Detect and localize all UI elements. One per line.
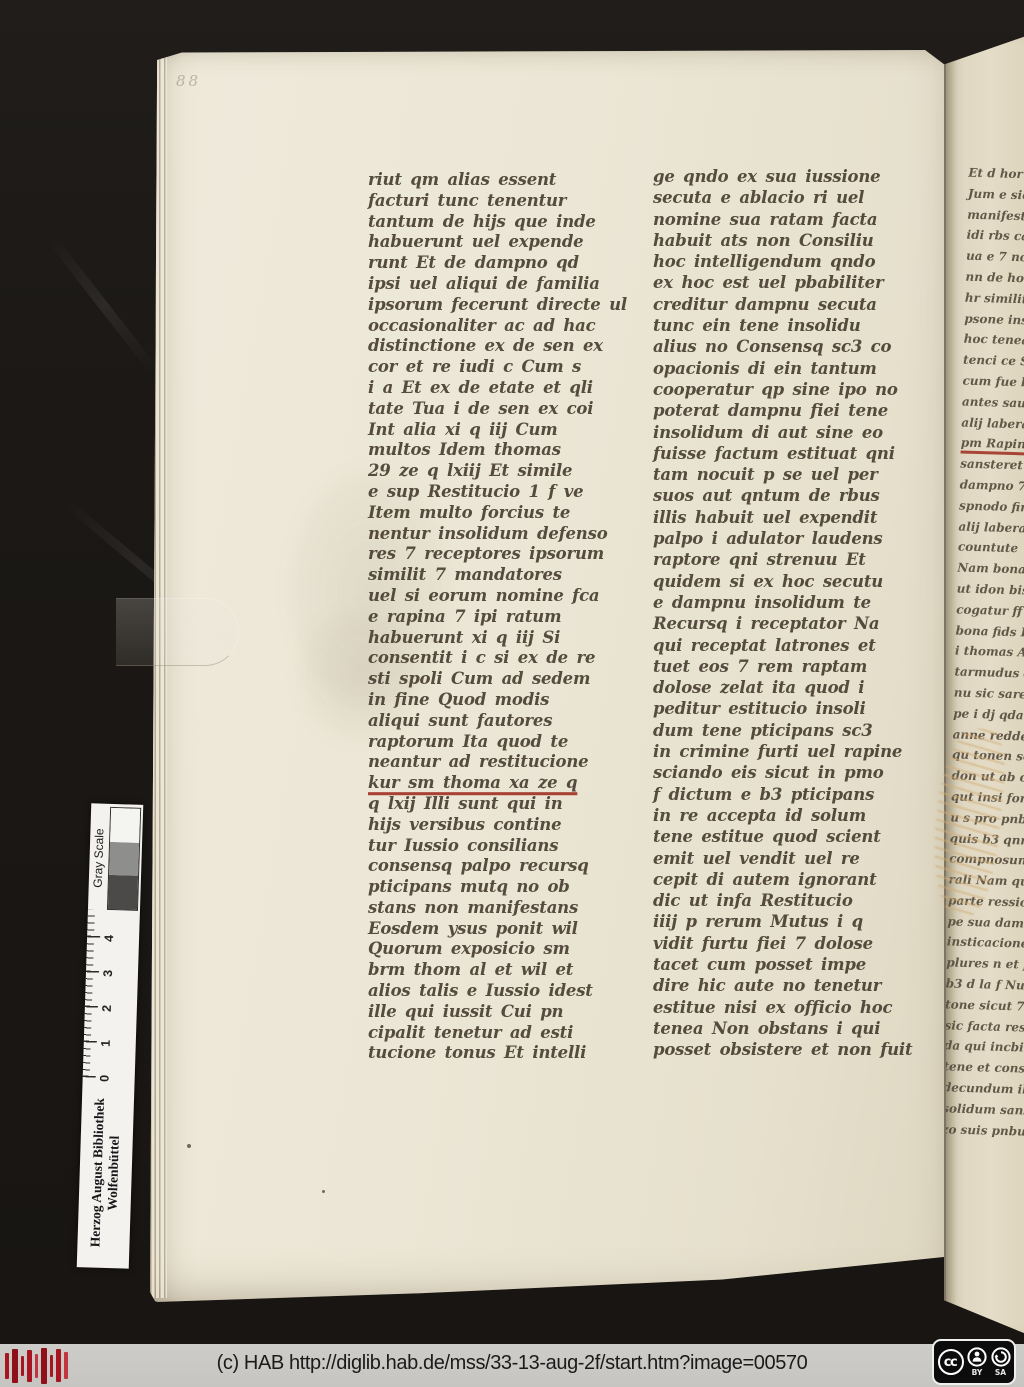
- cc-sa-group: SA: [991, 1347, 1011, 1377]
- manuscript-line: pticipans mutq no ob: [368, 877, 630, 898]
- manuscript-line: Int alia xi q iij Cum: [368, 419, 630, 440]
- gray-scale-patches: [107, 807, 141, 911]
- manuscript-line: facturi tunc tenentur: [368, 191, 630, 212]
- manuscript-line: distinctione ex de sen ex: [368, 336, 630, 357]
- manuscript-line: neantur ad restitucione: [368, 752, 630, 773]
- manuscript-line: insolidum di aut sine eo: [653, 421, 921, 443]
- manuscript-line: secuta e ablacio ri uel: [653, 187, 921, 209]
- facing-page-sliver: Et d hor dJum e sicumanifestanidi rbs ca…: [944, 36, 1024, 1334]
- manuscript-line-fragment: zo suis pnbus: [944, 1119, 1024, 1143]
- manuscript-line: stans non manifestans: [368, 898, 630, 919]
- manuscript-line: tenea Non obstans i qui: [653, 1018, 921, 1040]
- manuscript-line: multos Idem thomas: [368, 440, 630, 461]
- manuscript-line: poterat dampnu fiei tene: [653, 400, 921, 422]
- manuscript-line: ipsi uel aliqui de familia: [368, 274, 630, 295]
- manuscript-line: dic ut infa Restitucio: [653, 890, 921, 912]
- ruler-number: 0: [98, 1047, 113, 1082]
- manuscript-line: qui receptat latrones et: [653, 634, 921, 656]
- ruler-number: 4: [102, 907, 117, 942]
- ruler-number: 2: [100, 977, 115, 1012]
- ruler-number: 3: [101, 942, 116, 977]
- manuscript-line: alius no Consensq sc3 co: [653, 336, 921, 358]
- manuscript-line: f dictum e b3 pticipans: [653, 783, 921, 805]
- cm-ruler: 01234: [83, 909, 140, 1079]
- copyright-url: (c) HAB http://diglib.hab.de/mss/33-13-a…: [0, 1352, 1024, 1375]
- manuscript-line: tam nocuit p se uel per: [653, 464, 921, 486]
- manuscript-line: tuet eos 7 rem raptam: [653, 656, 921, 678]
- manuscript-line: dire hic aute no tenetur: [653, 975, 921, 997]
- manuscript-line: Quorum exposicio sm: [368, 939, 630, 960]
- cc-by-group: BY: [967, 1347, 987, 1377]
- manuscript-line: in re accepta id solum: [653, 805, 921, 827]
- manuscript-line: kur sm thoma xa ze q: [368, 773, 630, 794]
- manuscript-line: runt Et de dampno qd: [368, 253, 630, 274]
- manuscript-line: cor et re iudi c Cum s: [368, 357, 630, 378]
- gray-swatch: [110, 808, 140, 843]
- manuscript-line: tur Iussio consilians: [368, 835, 630, 856]
- ruler-number: 1: [99, 1012, 114, 1047]
- manuscript-line: iiij p rerum Mutus i q: [653, 911, 921, 933]
- manuscript-line: q lxij Illi sunt qui in: [368, 794, 630, 815]
- manuscript-line: Recursq i receptator Na: [653, 613, 921, 635]
- manuscript-line: hoc intelligendum qndo: [653, 251, 921, 273]
- ruler-numbers: 01234: [98, 910, 117, 1078]
- manuscript-line: quidem si ex hoc secutu: [653, 570, 921, 592]
- manuscript-line: cipalit tenetur ad esti: [368, 1022, 630, 1043]
- manuscript-line: posset obsistere et non fuit: [653, 1039, 921, 1061]
- footer-bar: (c) HAB http://diglib.hab.de/mss/33-13-a…: [0, 1344, 1024, 1387]
- manuscript-line: uel si eorum nomine fca: [368, 586, 630, 607]
- manuscript-line: cooperatur qp sine ipo no: [653, 379, 921, 401]
- manuscript-line: fuisse factum estituat qni: [653, 443, 921, 465]
- manuscript-line: in fine Quod modis: [368, 690, 630, 711]
- manuscript-line: consensq palpo recursq: [368, 856, 630, 877]
- manuscript-line: tantum de hijs que inde: [368, 211, 630, 232]
- manuscript-line: tucione tonus Et intelli: [368, 1043, 630, 1064]
- manuscript-line: suos aut qntum de rbus: [653, 485, 921, 507]
- manuscript-line: habuerunt xi q iij Si: [368, 627, 630, 648]
- manuscript-line: hijs versibus contine: [368, 814, 630, 835]
- manuscript-line: alios talis e Iussio idest: [368, 981, 630, 1002]
- manuscript-line: tacet cum posset impe: [653, 954, 921, 976]
- manuscript-line: peditur estitucio insoli: [653, 698, 921, 720]
- manuscript-line: tunc ein tene insolidu: [653, 315, 921, 337]
- attribution-person-icon: [967, 1347, 987, 1367]
- cc-license-badge: cc BY SA: [932, 1339, 1016, 1385]
- manuscript-line: tate Tua i de sen ex coi: [368, 399, 630, 420]
- manuscript-line: estitue nisi ex officio hoc: [653, 996, 921, 1018]
- manuscript-line: opacionis di ein tantum: [653, 357, 921, 379]
- manuscript-line: nomine sua ratam facta: [653, 208, 921, 230]
- text-column-left: riut qm alias essentfacturi tunc tenentu…: [368, 170, 630, 1064]
- manuscript-line: brm thom al et wil et: [368, 960, 630, 981]
- manuscript-line: ge qndo ex sua iussione: [653, 166, 921, 188]
- page-holder-clip: [116, 598, 239, 666]
- manuscript-line: emit uel vendit uel re: [653, 847, 921, 869]
- manuscript-line: similit 7 mandatores: [368, 565, 630, 586]
- manuscript-line: sti spoli Cum ad sedem: [368, 669, 630, 690]
- manuscript-line: res 7 receptores ipsorum: [368, 544, 630, 565]
- cc-logo-icon: cc: [938, 1349, 964, 1375]
- manuscript-line: consentit i c si ex de re: [368, 648, 630, 669]
- manuscript-line: ille qui iussit Cui pn: [368, 1002, 630, 1023]
- sa-label: SA: [995, 1368, 1006, 1377]
- manuscript-line: cepit di autem ignorant: [653, 869, 921, 891]
- manuscript-line: habuit ats non Consiliu: [653, 230, 921, 252]
- manuscript-line: sciando eis sicut in pmo: [653, 762, 921, 784]
- manuscript-line: ipsorum fecerunt directe ul: [368, 295, 630, 316]
- manuscript-line: in crimine furti uel rapine: [653, 741, 921, 763]
- manuscript-line: tene estitue quod scient: [653, 826, 921, 848]
- ink-speck: [322, 1190, 325, 1193]
- manuscript-line: riut qm alias essent: [368, 170, 630, 191]
- library-name: Herzog August Bibliothek Wolfenbüttel: [77, 1077, 135, 1269]
- manuscript-line: e dampnu insolidum te: [653, 592, 921, 614]
- manuscript-line: nentur insolidum defenso: [368, 523, 630, 544]
- share-alike-arrow-icon: [991, 1347, 1011, 1367]
- gray-swatch: [108, 875, 138, 910]
- manuscript-line: Eosdem ysus ponit wil: [368, 918, 630, 939]
- manuscript-line: dum tene pticipans sc3: [653, 720, 921, 742]
- manuscript-line: raptore qni strenuu Et: [653, 549, 921, 571]
- pencil-foliation-mark: 88: [176, 72, 201, 90]
- manuscript-line: dolose zelat ita quod i: [653, 677, 921, 699]
- manuscript-line: raptorum Ita quod te: [368, 731, 630, 752]
- manuscript-line: 29 ze q lxiij Et simile: [368, 461, 630, 482]
- manuscript-line: habuerunt uel expende: [368, 232, 630, 253]
- facing-page-text: Et d hor dJum e sicumanifestanidi rbs ca…: [944, 163, 1024, 1143]
- gray-scale: Gray Scale: [88, 803, 143, 911]
- cloth-fold: [47, 235, 160, 375]
- manuscript-line: i a Et ex de etate et qli: [368, 378, 630, 399]
- manuscript-line: e rapina 7 ipi ratum: [368, 607, 630, 628]
- manuscript-line: palpo i adulator laudens: [653, 528, 921, 550]
- manuscript-line: aliqui sunt fautores: [368, 711, 630, 732]
- manuscript-line: occasionaliter ac ad hac: [368, 315, 630, 336]
- ink-speck: [187, 1144, 191, 1148]
- manuscript-line: Item multo forcius te: [368, 503, 630, 524]
- manuscript-line: illis habuit uel expendit: [653, 507, 921, 529]
- manuscript-line: vidit furtu fiei 7 dolose: [653, 932, 921, 954]
- by-label: BY: [972, 1368, 983, 1377]
- manuscript-line: ex hoc est uel pbabiliter: [653, 272, 921, 294]
- manuscript-line: creditur dampnu secuta: [653, 294, 921, 316]
- text-column-right: ge qndo ex sua iussionesecuta e ablacio …: [653, 166, 921, 1060]
- manuscript-page: 88 riut qm alias essentfacturi tunc tene…: [150, 50, 945, 1302]
- manuscript-line: e sup Restitucio 1 f ve: [368, 482, 630, 503]
- gray-swatch: [109, 842, 139, 877]
